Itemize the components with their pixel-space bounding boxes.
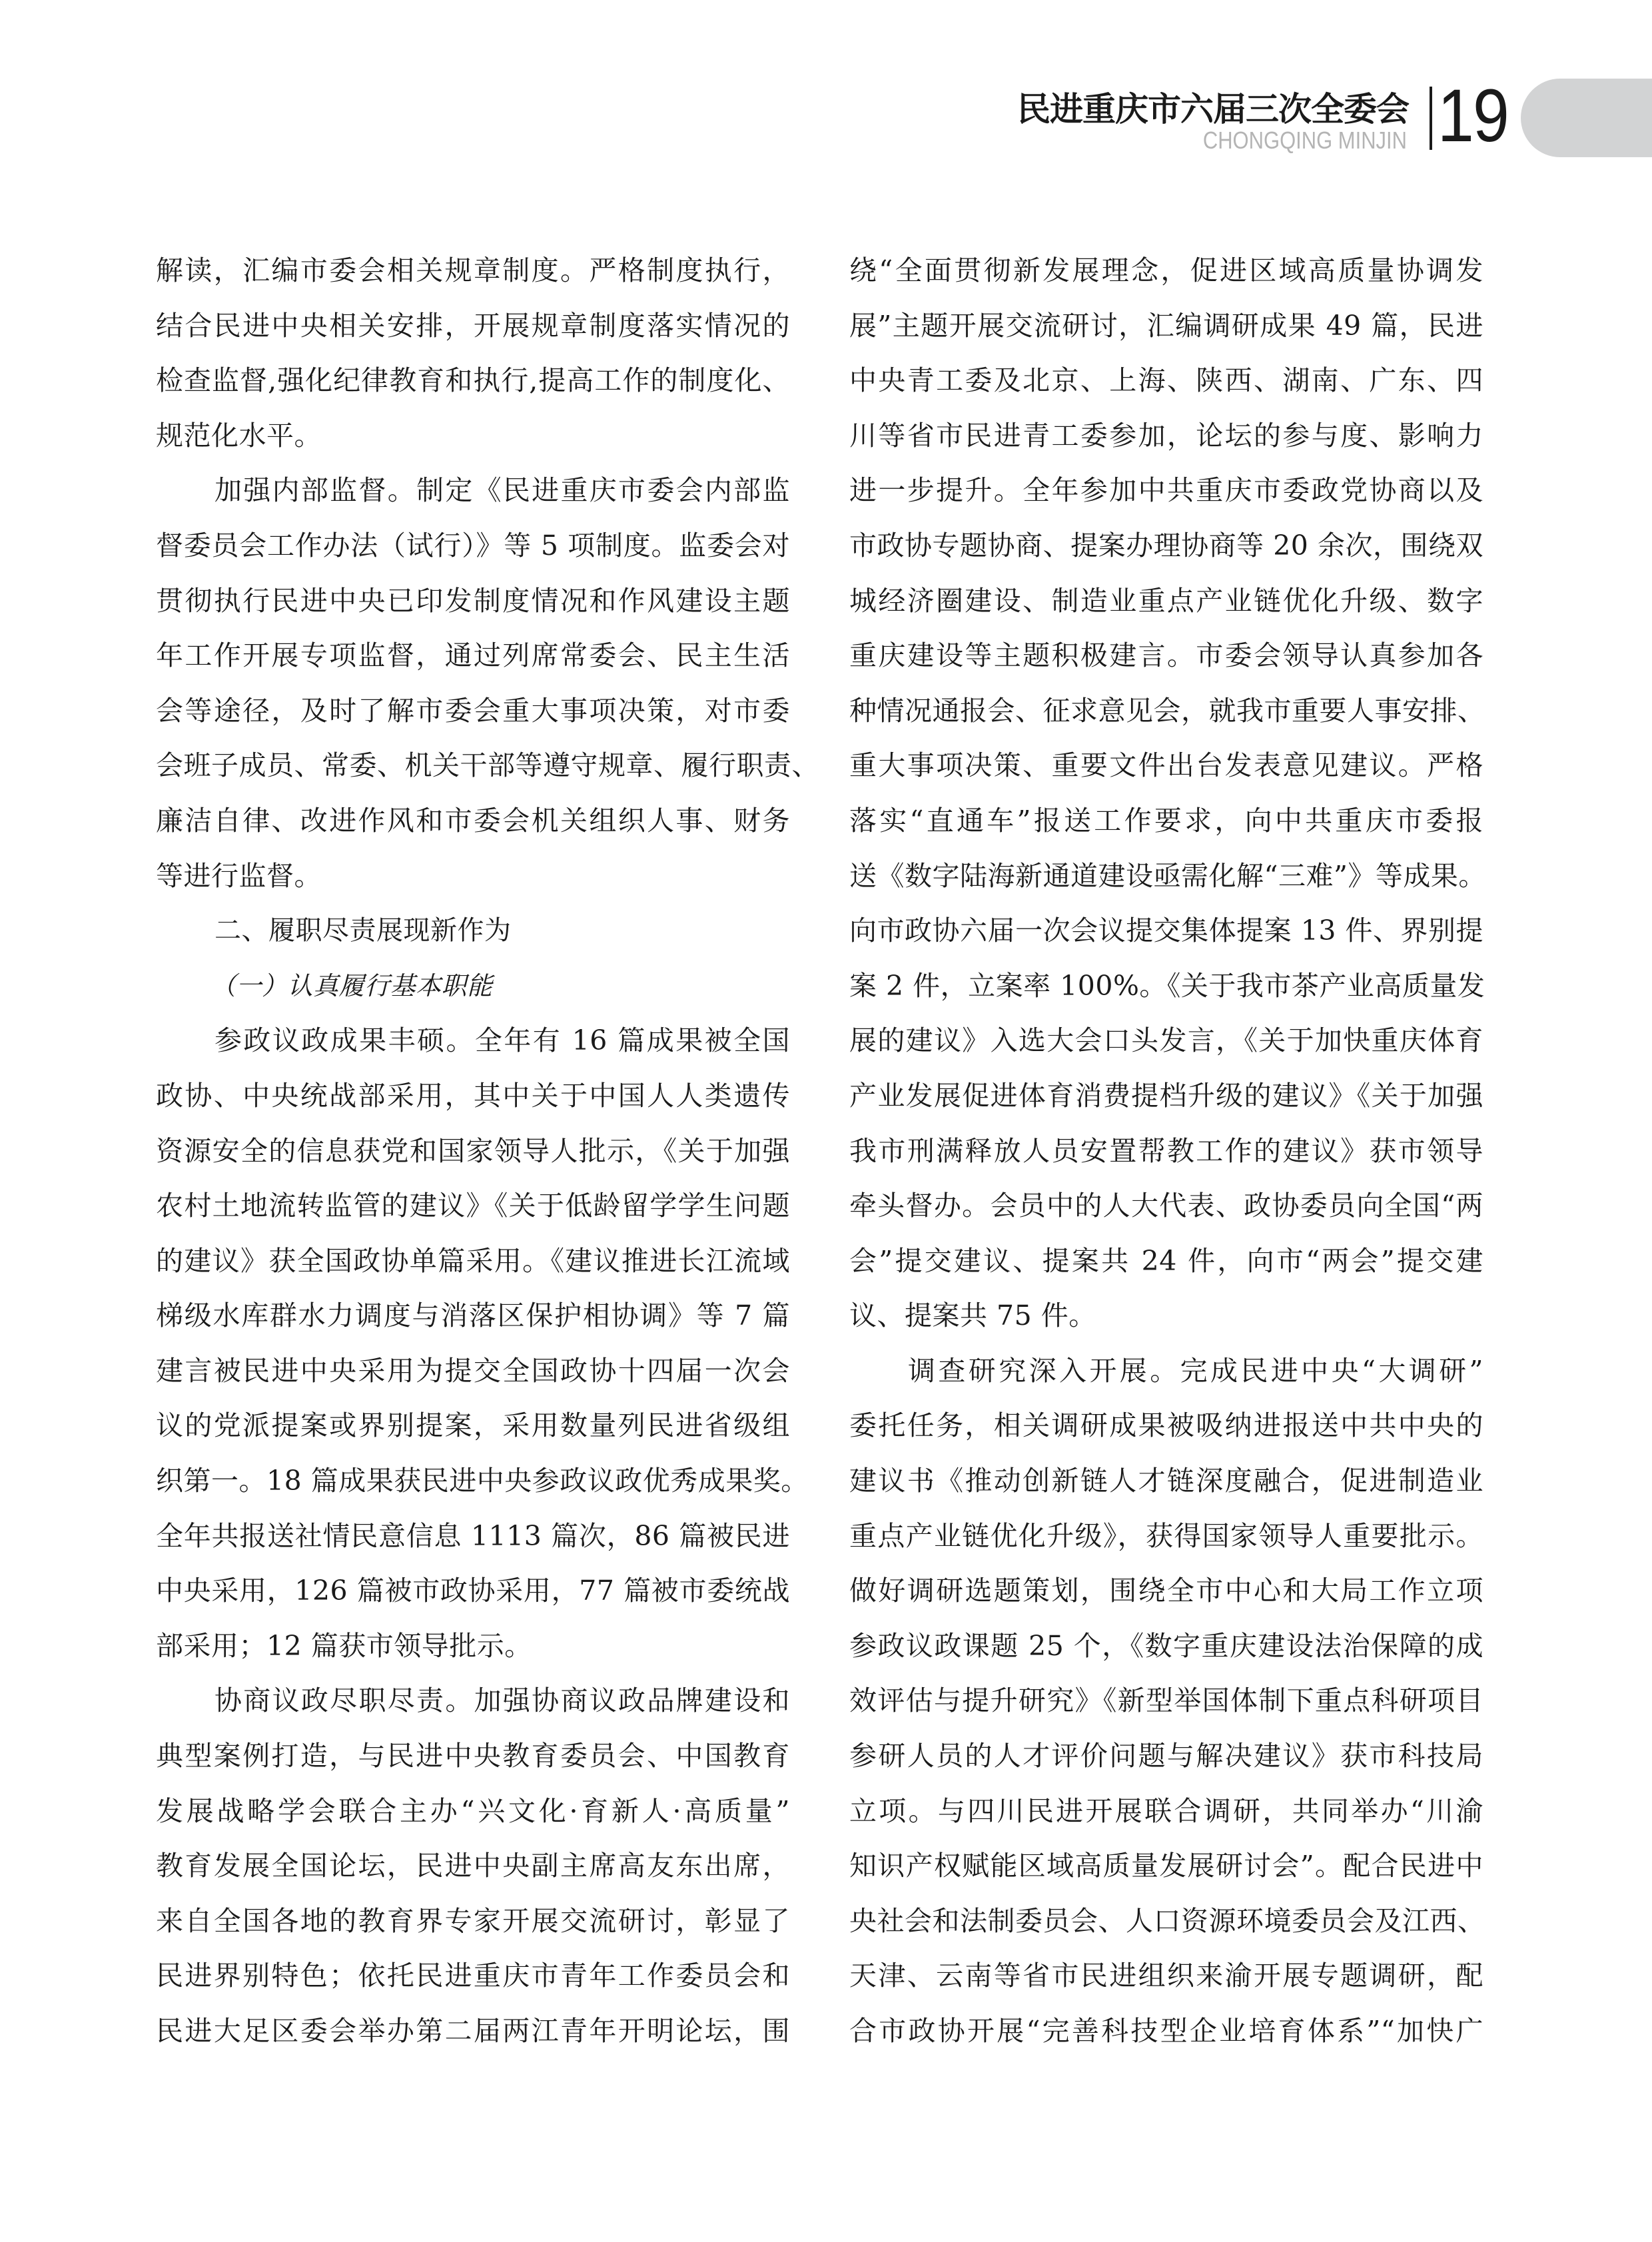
text-line: 等进行监督。 [156, 849, 790, 904]
text-line: 种情况通报会、征求意见会，就我市重要人事安排、 [849, 683, 1483, 739]
text-line: 重大事项决策、重要文件出台发表意见建议。严格 [849, 738, 1483, 793]
text-line: 立项。与四川民进开展联合调研，共同举办“川渝 [849, 1784, 1483, 1839]
text-line: 会班子成员、常委、机关干部等遵守规章、履行职责、 [156, 738, 790, 793]
text-line: 结合民进中央相关安排，开展规章制度落实情况的 [156, 298, 790, 354]
text-line: 资源安全的信息获党和国家领导人批示，《关于加强 [156, 1124, 790, 1179]
text-line: 督委员会工作办法（试行）》等 5 项制度。监委会对 [156, 518, 790, 573]
text-line: 年工作开展专项监督，通过列席常委会、民主生活 [156, 628, 790, 683]
header-divider [1430, 87, 1432, 150]
text-line: 织第一。18 篇成果获民进中央参政议政优秀成果奖。 [156, 1453, 790, 1509]
text-line: 做好调研选题策划，围绕全市中心和大局工作立项 [849, 1563, 1483, 1619]
text-line: 产业发展促进体育消费提档升级的建议》《关于加强 [849, 1068, 1483, 1124]
text-line: 农村土地流转监管的建议》《关于低龄留学学生问题 [156, 1178, 790, 1234]
text-line: 规范化水平。 [156, 408, 790, 464]
text-line: 展的建议》入选大会口头发言，《关于加快重庆体育 [849, 1013, 1483, 1068]
text-line: 进一步提升。全年参加中共重庆市委政党协商以及 [849, 463, 1483, 518]
text-line: 知识产权赋能区域高质量发展研讨会”。配合民进中 [849, 1838, 1483, 1894]
page-number: 19 [1438, 79, 1508, 153]
publication-subtitle: CHONGQING MINJIN [1203, 127, 1407, 155]
text-line: 梯级水库群水力调度与消落区保护相协调》等 7 篇 [156, 1288, 790, 1343]
text-line: 教育发展全国论坛，民进中央副主席高友东出席， [156, 1838, 790, 1894]
text-line: 廉洁自律、改进作风和市委会机关组织人事、财务 [156, 793, 790, 849]
text-line: 民进界别特色；依托民进重庆市青年工作委员会和 [156, 1948, 790, 2004]
text-line: 向市政协六届一次会议提交集体提案 13 件、界别提 [849, 903, 1483, 958]
text-line: 川等省市民进青工委参加，论坛的参与度、影响力 [849, 408, 1483, 464]
text-line: 参政议政课题 25 个，《数字重庆建设法治保障的成 [849, 1619, 1483, 1674]
right-column: 绕“全面贯彻新发展理念，促进区域高质量协调发展”主题开展交流研讨，汇编调研成果 … [849, 243, 1483, 2059]
text-line: 中央采用，126 篇被市政协采用，77 篇被市委统战 [156, 1563, 790, 1619]
text-line: 中央青工委及北京、上海、陕西、湖南、广东、四 [849, 353, 1483, 408]
text-line: 重庆建设等主题积极建言。市委会领导认真参加各 [849, 628, 1483, 683]
text-line: 解读，汇编市委会相关规章制度。严格制度执行， [156, 243, 790, 298]
text-line: 议的党派提案或界别提案，采用数量列民进省级组 [156, 1398, 790, 1453]
text-line: 天津、云南等省市民进组织来渝开展专题调研，配 [849, 1948, 1483, 2004]
text-line: 参研人员的人才评价问题与解决建议》获市科技局 [849, 1728, 1483, 1784]
text-line: 的建议》获全国政协单篇采用。《建议推进长江流域 [156, 1234, 790, 1289]
text-line: 建言被民进中央采用为提交全国政协十四届一次会 [156, 1343, 790, 1399]
section-heading: 二、履职尽责展现新作为 [156, 903, 790, 958]
text-line: 检查监督,强化纪律教育和执行,提高工作的制度化、 [156, 353, 790, 408]
text-line: 委托任务，相关调研成果被吸纳进报送中共中央的 [849, 1398, 1483, 1453]
text-line: 城经济圈建设、制造业重点产业链优化升级、数字 [849, 573, 1483, 629]
text-line: 参政议政成果丰硕。全年有 16 篇成果被全国 [156, 1013, 790, 1068]
text-line: 重点产业链优化升级》，获得国家领导人重要批示。 [849, 1509, 1483, 1564]
text-line: 会等途径，及时了解市委会重大事项决策，对市委 [156, 683, 790, 739]
text-line: 民进大足区委会举办第二届两江青年开明论坛，围 [156, 2004, 790, 2059]
page-tab-decoration [1521, 79, 1652, 157]
text-line: 协商议政尽职尽责。加强协商议政品牌建设和 [156, 1673, 790, 1728]
text-line: 建议书《推动创新链人才链深度融合，促进制造业 [849, 1453, 1483, 1509]
text-line: 贯彻执行民进中央已印发制度情况和作风建设主题 [156, 573, 790, 629]
text-line: 部采用；12 篇获市领导批示。 [156, 1619, 790, 1674]
text-line: 政协、中央统战部采用，其中关于中国人人类遗传 [156, 1068, 790, 1124]
text-line: 市政协专题协商、提案办理协商等 20 余次，围绕双 [849, 518, 1483, 573]
text-line: 落实“直通车”报送工作要求，向中共重庆市委报 [849, 793, 1483, 849]
text-line: 绕“全面贯彻新发展理念，促进区域高质量协调发 [849, 243, 1483, 298]
text-line: 我市刑满释放人员安置帮教工作的建议》获市领导 [849, 1124, 1483, 1179]
text-line: 发展战略学会联合主办“兴文化·育新人·高质量” [156, 1784, 790, 1839]
text-line: 会”提交建议、提案共 24 件，向市“两会”提交建 [849, 1234, 1483, 1289]
text-line: 送《数字陆海新通道建设亟需化解“三难”》等成果。 [849, 849, 1483, 904]
text-line: 展”主题开展交流研讨，汇编调研成果 49 篇，民进 [849, 298, 1483, 354]
text-line: 央社会和法制委员会、人口资源环境委员会及江西、 [849, 1894, 1483, 1949]
text-line: 调查研究深入开展。完成民进中央“大调研” [849, 1343, 1483, 1399]
text-line: 议、提案共 75 件。 [849, 1288, 1483, 1343]
text-line: 合市政协开展“完善科技型企业培育体系”“加快广 [849, 2004, 1483, 2059]
text-line: 案 2 件，立案率 100%。《关于我市茶产业高质量发 [849, 958, 1483, 1014]
text-line: 典型案例打造，与民进中央教育委员会、中国教育 [156, 1728, 790, 1784]
text-line: 加强内部监督。制定《民进重庆市委会内部监 [156, 463, 790, 518]
text-line: 全年共报送社情民意信息 1113 篇次，86 篇被民进 [156, 1509, 790, 1564]
text-line: 来自全国各地的教育界专家开展交流研讨，彰显了 [156, 1894, 790, 1949]
text-line: 效评估与提升研究》《新型举国体制下重点科研项目 [849, 1673, 1483, 1728]
subsection-heading: （一）认真履行基本职能 [156, 958, 790, 1014]
publication-title: 民进重庆市六届三次全委会 [1017, 83, 1409, 131]
text-line: 牵头督办。会员中的人大代表、政协委员向全国“两 [849, 1178, 1483, 1234]
left-column: 解读，汇编市委会相关规章制度。严格制度执行，结合民进中央相关安排，开展规章制度落… [156, 243, 790, 2059]
